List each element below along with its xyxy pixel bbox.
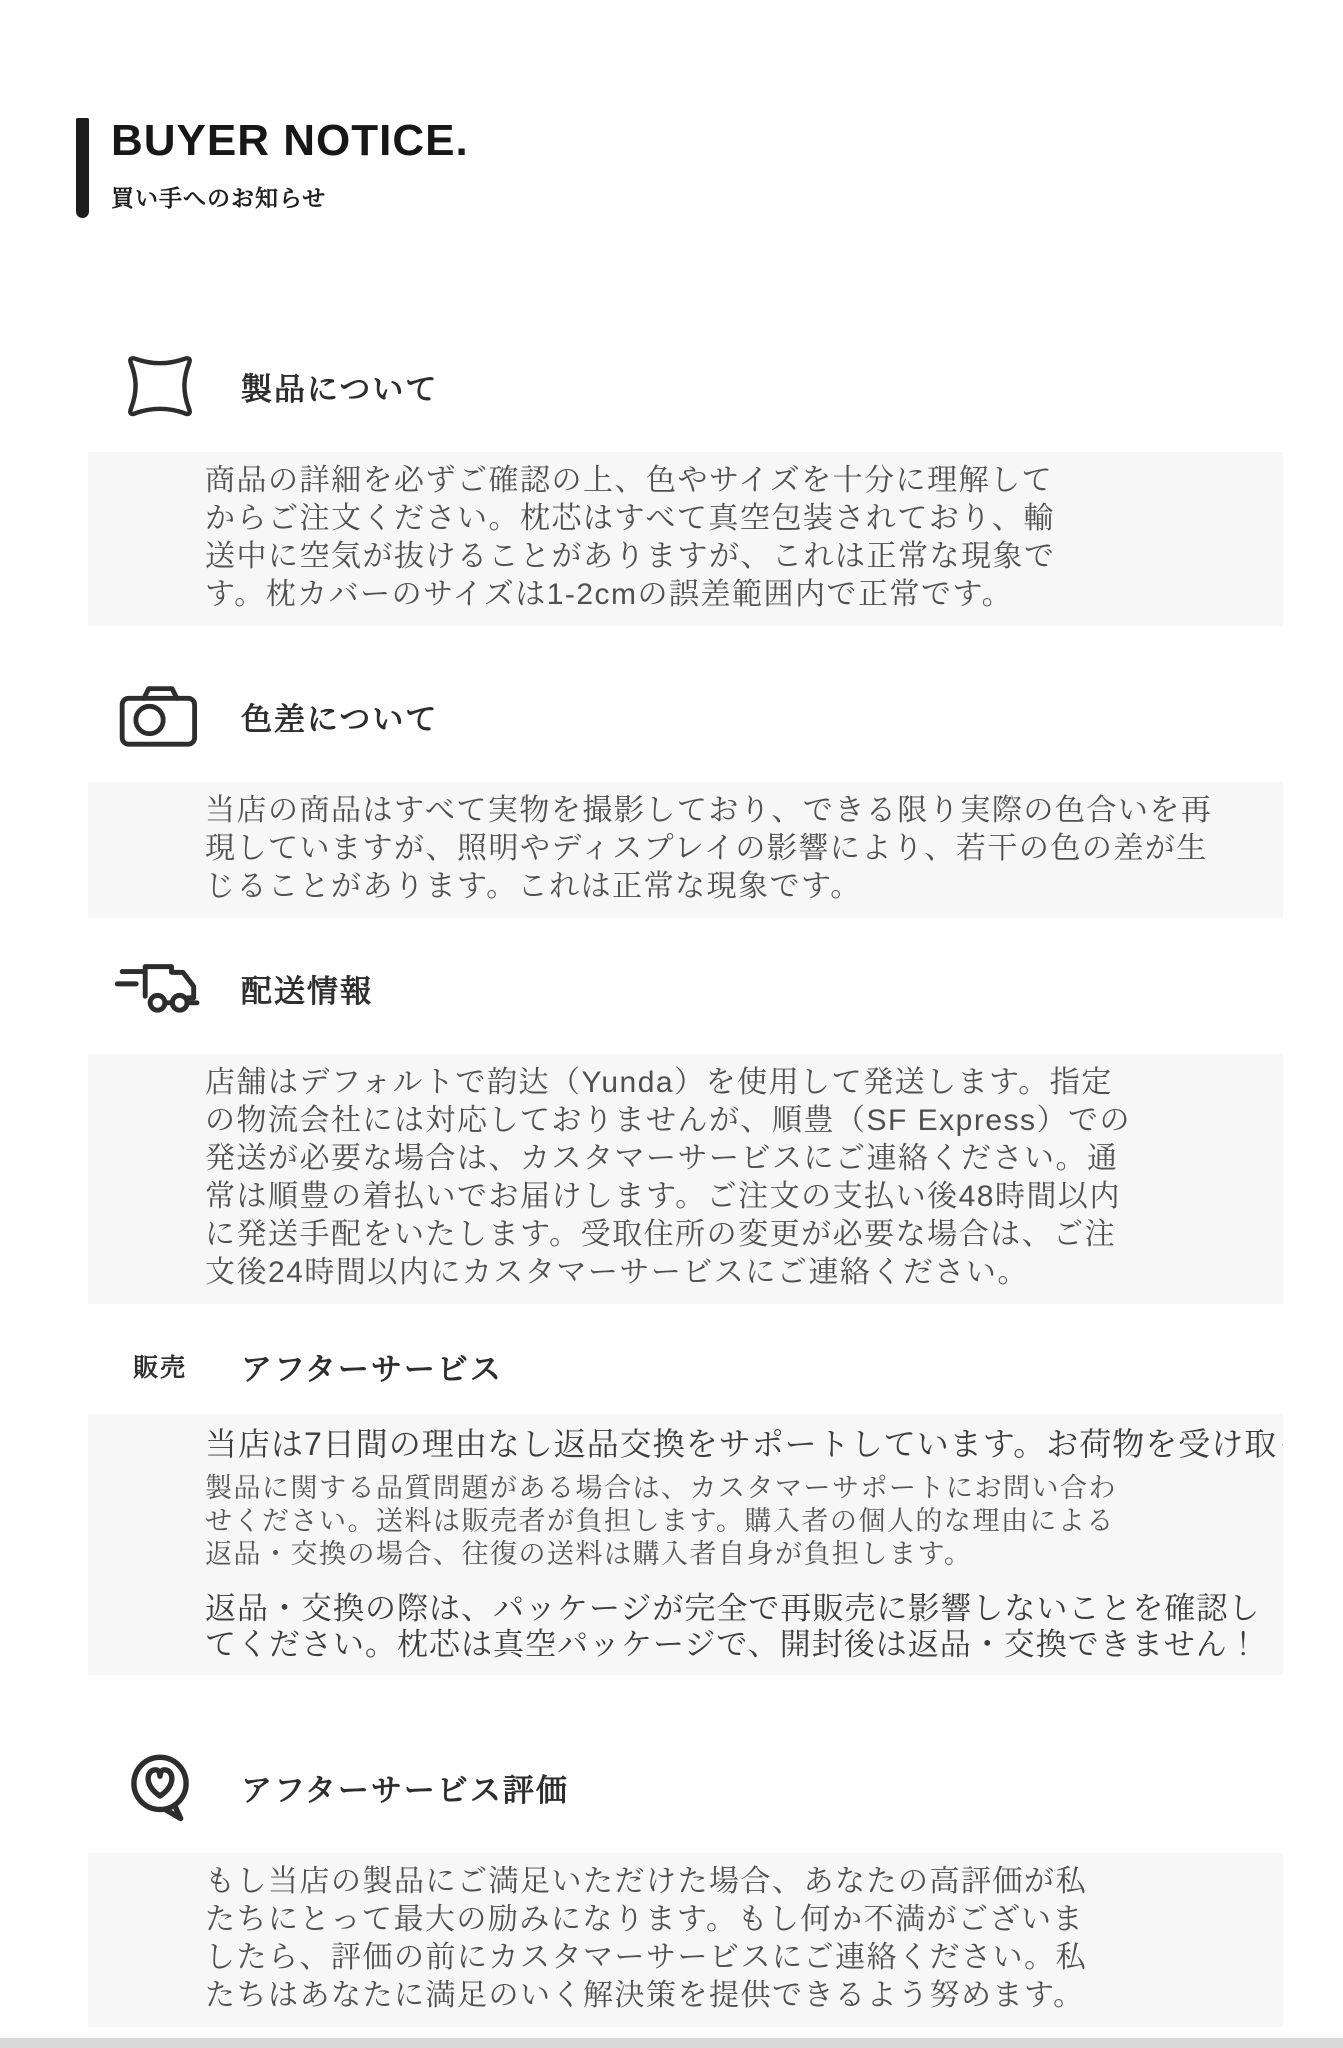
section-review: アフターサービス評価 もし当店の製品にご満足いただけた場合、あなたの高評価が私 … [0, 1747, 1343, 2027]
page-title: BUYER NOTICE. [111, 118, 469, 164]
section-color-title: 色差について [241, 694, 438, 739]
section-review-body-bg: もし当店の製品にご満足いただけた場合、あなたの高評価が私 たちにとって最大の励み… [88, 1853, 1283, 2027]
heart-bubble-icon [112, 1747, 208, 1827]
section-review-header: アフターサービス評価 [112, 1747, 1343, 1827]
section-after-service-title: アフターサービス [241, 1344, 503, 1389]
section-shipping-header: 配送情報 [112, 948, 1343, 1028]
section-review-title: アフターサービス評価 [241, 1765, 569, 1810]
sales-label: 販売 [112, 1348, 208, 1384]
camera-icon [112, 676, 208, 756]
bottom-strip [0, 2038, 1343, 2048]
section-product-body: 商品の詳細を必ずご確認の上、色やサイズを十分に理解して からご注文ください。枕芯… [205, 462, 1283, 614]
section-after-service: 販売 アフターサービス 当店は7日間の理由なし返品交換をサポートしています。お荷… [0, 1344, 1343, 1675]
section-shipping-body: 店舗はデフォルトで韵达（Yunda）を使用して発送します。指定 の物流会社には対… [205, 1064, 1283, 1292]
section-shipping: 配送情報 店舗はデフォルトで韵达（Yunda）を使用して発送します。指定 の物流… [0, 948, 1343, 1304]
buyer-notice-page: BUYER NOTICE. 買い手へのお知らせ 製品について 商品の詳細を必ずご… [0, 0, 1343, 2048]
section-product: 製品について 商品の詳細を必ずご確認の上、色やサイズを十分に理解して からご注文… [0, 346, 1343, 626]
after-service-lead-text: 当店は7日間の理由なし返品交換をサポートしています。お荷物を受け取っ [205, 1424, 1283, 1464]
header-text: BUYER NOTICE. 買い手へのお知らせ [111, 118, 469, 213]
section-product-body-bg: 商品の詳細を必ずご確認の上、色やサイズを十分に理解して からご注文ください。枕芯… [88, 452, 1283, 626]
section-color-header: 色差について [112, 676, 1343, 756]
section-product-header: 製品について [112, 346, 1343, 426]
after-service-emphasis-text: 返品・交換の際は、パッケージが完全で再販売に影響しないことを確認し てください。… [205, 1591, 1283, 1663]
section-after-service-body-bg: 当店は7日間の理由なし返品交換をサポートしています。お荷物を受け取っ 製品に関す… [88, 1414, 1283, 1675]
section-shipping-body-bg: 店舗はデフォルトで韵达（Yunda）を使用して発送します。指定 の物流会社には対… [88, 1054, 1283, 1304]
section-review-body: もし当店の製品にご満足いただけた場合、あなたの高評価が私 たちにとって最大の励み… [205, 1863, 1283, 2015]
section-color-body-bg: 当店の商品はすべて実物を撮影しており、できる限り実際の色合いを再 現していますが… [88, 782, 1283, 918]
header: BUYER NOTICE. 買い手へのお知らせ [76, 118, 1343, 218]
section-after-service-header: 販売 アフターサービス [112, 1344, 1343, 1388]
header-accent-bar [76, 118, 89, 218]
after-service-body: 製品に関する品質問題がある場合は、カスタマーサポートにお問い合わ せください。送… [205, 1472, 1283, 1571]
section-color: 色差について 当店の商品はすべて実物を撮影しており、できる限り実際の色合いを再 … [0, 676, 1343, 918]
section-shipping-title: 配送情報 [241, 966, 373, 1011]
section-product-title: 製品について [241, 364, 438, 409]
page-subtitle: 買い手へのお知らせ [111, 180, 469, 213]
section-color-body: 当店の商品はすべて実物を撮影しており、できる限り実際の色合いを再 現していますが… [205, 792, 1283, 906]
pillow-icon [112, 346, 208, 426]
truck-icon [112, 948, 208, 1028]
